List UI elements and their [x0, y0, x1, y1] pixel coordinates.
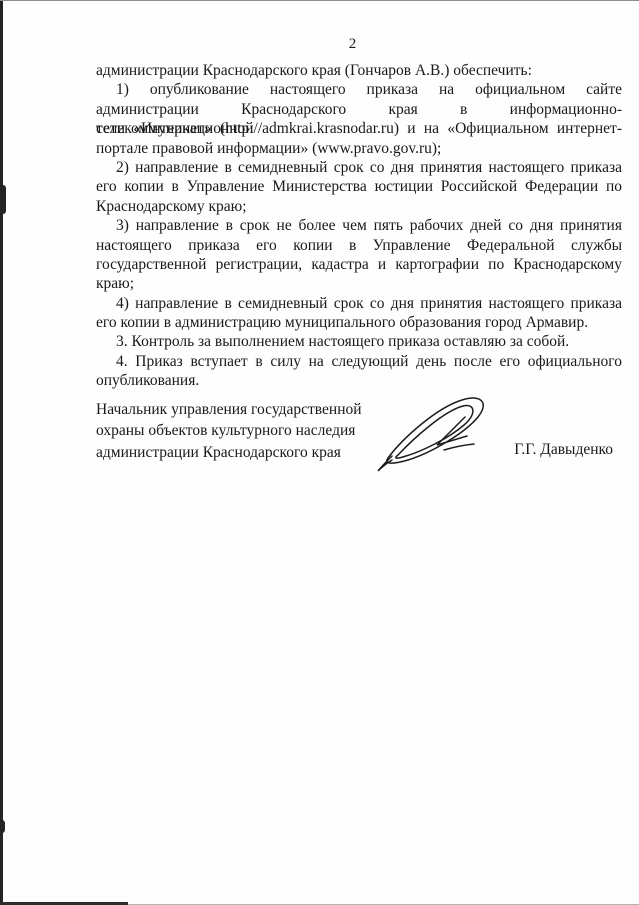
scan-edge-blemish	[0, 185, 6, 214]
document-body: администрации Краснодарского края (Гонча…	[96, 61, 622, 391]
body-line: сети «Интернет» (http://admkrai.krasnoda…	[96, 119, 622, 138]
body-line: настоящего приказа его копии в Управлени…	[96, 236, 622, 255]
body-line: его копии в Управление Министерства юсти…	[96, 177, 622, 196]
body-line: портале правовой информации» (www.pravo.…	[96, 139, 622, 158]
scan-left-edge-artifact	[0, 0, 3, 905]
body-line: 4) направление в семидневный срок со дня…	[96, 294, 622, 313]
page-number: 2	[89, 35, 616, 54]
body-line: 4. Приказ вступает в силу на следующий д…	[96, 352, 622, 371]
body-line: 2) направление в семидневный срок со дня…	[96, 158, 622, 177]
signatory-name: Г.Г. Давыденко	[440, 439, 613, 460]
body-line: 3) направление в срок не более чем пять …	[96, 216, 622, 235]
signatory-position-title: Начальник управления государственной охр…	[96, 399, 406, 463]
signatory-position-line: охраны объектов культурного наследия	[96, 420, 406, 441]
body-line: краю;	[96, 274, 622, 293]
body-line: опубликования.	[96, 371, 622, 390]
handwritten-signature-icon	[376, 393, 498, 473]
scan-top-edge-artifact	[0, 0, 639, 1]
body-line: его копии в администрацию муниципального…	[96, 313, 622, 332]
body-line: Краснодарскому краю;	[96, 197, 622, 216]
body-line: администрации Краснодарского края в инфо…	[96, 100, 622, 119]
body-line: государственной регистрации, кадастра и …	[96, 255, 622, 274]
body-line: администрации Краснодарского края (Гонча…	[96, 61, 622, 80]
body-line: 3. Контроль за выполнением настоящего пр…	[96, 332, 622, 351]
scan-edge-blemish	[0, 820, 5, 833]
signatory-position-line: Начальник управления государственной	[96, 399, 406, 420]
body-line: 1) опубликование настоящего приказа на о…	[96, 80, 622, 99]
document-page: 2 администрации Краснодарского края (Гон…	[0, 0, 639, 905]
signatory-position-line: администрации Краснодарского края	[96, 442, 406, 463]
